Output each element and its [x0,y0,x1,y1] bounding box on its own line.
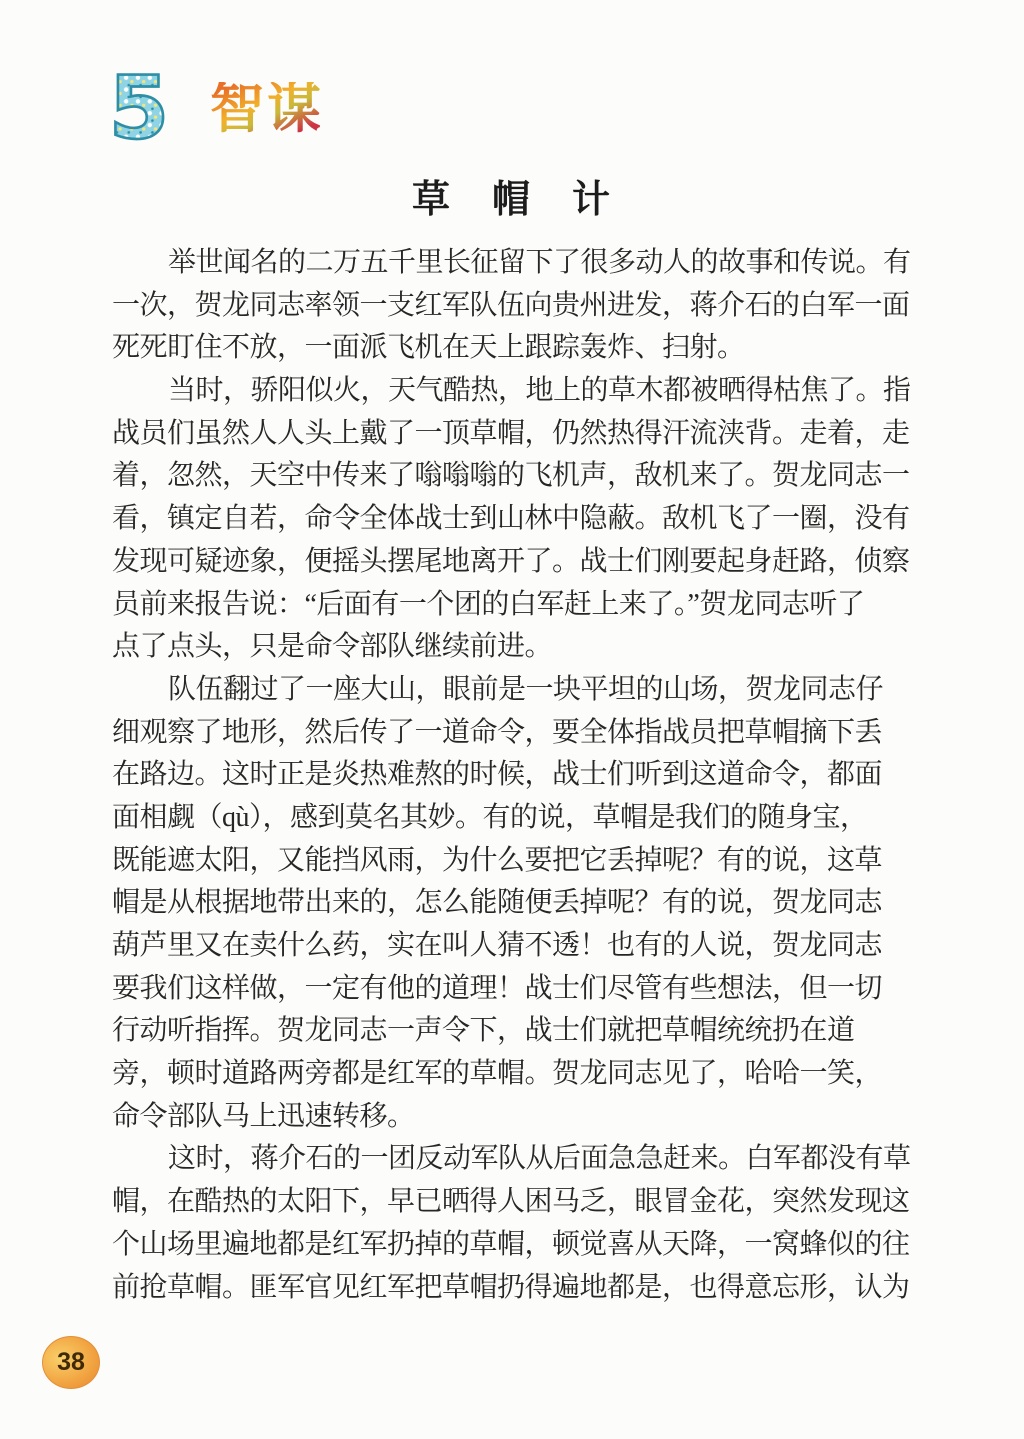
lesson-number-graphic: 5 [98,63,180,155]
text-line: 队伍翻过了一座大山，眼前是一块平坦的山场，贺龙同志仔 [112,669,927,712]
text-line: 面相觑（qù），感到莫名其妙。有的说，草帽是我们的随身宝， [112,797,927,840]
story-title: 草 帽 计 [0,168,1024,223]
text-line: 葫芦里又在卖什么药，实在叫人猜不透！也有的人说，贺龙同志 [112,925,927,968]
text-line: 点了点头，只是命令部队继续前进。 [112,626,927,669]
lesson-number-text: 5 [109,63,169,155]
text-line: 员前来报告说：“后面有一个团的白军赶上来了。”贺龙同志听了 [112,584,927,627]
text-line: 在路边。这时正是炎热难熬的时候，战士们听到这道命令，都面 [112,754,927,797]
text-line: 细观察了地形，然后传了一道命令，要全体指战员把草帽摘下丢 [112,712,927,755]
text-line: 举世闻名的二万五千里长征留下了很多动人的故事和传说。有 [112,242,927,285]
text-line: 要我们这样做，一定有他的道理！战士们尽管有些想法，但一切 [112,968,927,1011]
text-line: 帽，在酷热的太阳下，早已晒得人困马乏，眼冒金花，突然发现这 [112,1181,927,1224]
text-line: 既能遮太阳，又能挡风雨，为什么要把它丢掉呢？有的说，这草 [112,840,927,883]
text-line: 当时，骄阳似火，天气酷热，地上的草木都被晒得枯焦了。指 [112,370,927,413]
text-line: 发现可疑迹象，便摇头摆尾地离开了。战士们刚要起身赶路，侦察 [112,541,927,584]
lesson-header: 5 智谋 [98,62,324,156]
textbook-page: 5 智谋 草 帽 计 举世闻名的二万五千里长征留下了很多动人的故事和传说。有一次… [0,0,1024,1439]
text-line: 旁，顿时道路两旁都是红军的草帽。贺龙同志见了，哈哈一笑， [112,1053,927,1096]
story-text: 举世闻名的二万五千里长征留下了很多动人的故事和传说。有一次，贺龙同志率领一支红军… [112,242,927,1309]
text-line: 着，忽然，天空中传来了嗡嗡嗡的飞机声，敌机来了。贺龙同志一 [112,455,927,498]
text-line: 看，镇定自若，命令全体战士到山林中隐蔽。敌机飞了一圈，没有 [112,498,927,541]
text-line: 一次，贺龙同志率领一支红军队伍向贵州进发，蒋介石的白军一面 [112,285,927,328]
page-number: 38 [57,1348,85,1377]
text-line: 行动听指挥。贺龙同志一声令下，战士们就把草帽统统扔在道 [112,1010,927,1053]
text-line: 前抢草帽。匪军官见红军把草帽扔得遍地都是，也得意忘形，认为 [112,1267,927,1310]
text-line: 战员们虽然人人头上戴了一顶草帽，仍然热得汗流浃背。走着，走 [112,413,927,456]
text-line: 这时，蒋介石的一团反动军队从后面急急赶来。白军都没有草 [112,1138,927,1181]
text-line: 死死盯住不放，一面派飞机在天上跟踪轰炸、扫射。 [112,327,927,370]
text-line: 命令部队马上迅速转移。 [112,1096,927,1139]
page-number-badge: 38 [42,1336,100,1389]
lesson-title: 智谋 [210,82,324,136]
text-line: 帽是从根据地带出来的，怎么能随便丢掉呢？有的说，贺龙同志 [112,882,927,925]
text-line: 个山场里遍地都是红军扔掉的草帽，顿觉喜从天降，一窝蜂似的往 [112,1224,927,1267]
